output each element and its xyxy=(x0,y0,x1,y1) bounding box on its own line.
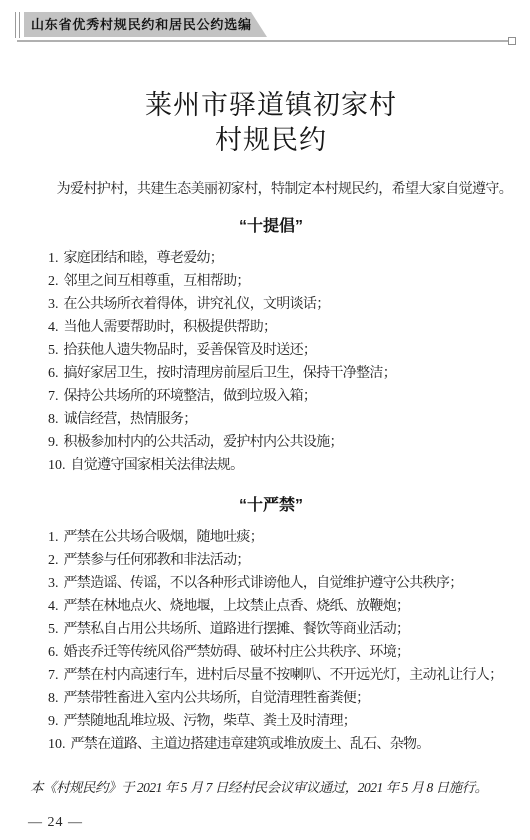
page-number: — 24 — xyxy=(28,815,83,831)
item-text: 家庭团结和睦，尊老爱幼； xyxy=(64,251,224,266)
item-number: 10. xyxy=(48,737,66,752)
item-text: 保持公共场所的环境整洁，做到垃圾入箱； xyxy=(64,389,317,404)
item-number: 7. xyxy=(48,668,59,683)
list-item: 4.严禁在林地点火、烧地堰，上坟禁止点香、烧纸、放鞭炮； xyxy=(48,595,512,618)
list-item: 1.家庭团结和睦，尊老爱幼； xyxy=(48,247,512,270)
advocate-list: 1.家庭团结和睦，尊老爱幼；2.邻里之间互相尊重，互相帮助；3.在公共场所衣着得… xyxy=(30,247,512,477)
item-text: 严禁在村内高速行车，进村后尽量不按喇叭、不开远光灯，主动礼让行人； xyxy=(64,668,503,683)
item-text: 积极参加村内的公共活动，爱护村内公共设施； xyxy=(64,435,343,450)
item-text: 严禁参与任何邪教和非法活动； xyxy=(64,553,250,568)
item-number: 3. xyxy=(48,576,59,591)
item-text: 严禁带牲畜进入室内公共场所，自觉清理牲畜粪便； xyxy=(64,691,370,706)
item-text: 拾获他人遗失物品时，妥善保管及时送还； xyxy=(64,343,317,358)
list-item: 5.严禁私自占用公共场所、道路进行摆摊、餐饮等商业活动； xyxy=(48,618,512,641)
item-text: 自觉遵守国家相关法律法规。 xyxy=(71,458,244,473)
item-text: 在公共场所衣着得体，讲究礼仪，文明谈话； xyxy=(64,297,330,312)
item-number: 2. xyxy=(48,553,59,568)
item-text: 严禁私自占用公共场所、道路进行摆摊、餐饮等商业活动； xyxy=(64,622,410,637)
item-number: 9. xyxy=(48,714,59,729)
item-text: 诚信经营，热情服务； xyxy=(64,412,197,427)
list-item: 9.积极参加村内的公共活动，爱护村内公共设施； xyxy=(48,431,512,454)
list-item: 3.在公共场所衣着得体，讲究礼仪，文明谈话； xyxy=(48,293,512,316)
document-title: 莱州市驿道镇初家村 村规民约 xyxy=(30,88,512,158)
item-number: 10. xyxy=(48,458,66,473)
item-text: 邻里之间互相尊重，互相帮助； xyxy=(64,274,250,289)
list-item: 8.诚信经营，热情服务； xyxy=(48,408,512,431)
item-number: 4. xyxy=(48,599,59,614)
item-text: 严禁随地乱堆垃圾、污物，柴草、粪土及时清理； xyxy=(64,714,357,729)
list-item: 4.当他人需要帮助时，积极提供帮助； xyxy=(48,316,512,339)
section-heading-advocate: “十提倡” xyxy=(30,217,512,237)
item-number: 7. xyxy=(48,389,59,404)
list-item: 7.保持公共场所的环境整洁，做到垃圾入箱； xyxy=(48,385,512,408)
document-body: 莱州市驿道镇初家村 村规民约 为爱村护村，共建生态美丽初家村，特制定本村规民约，… xyxy=(0,88,530,798)
list-item: 8.严禁带牲畜进入室内公共场所，自觉清理牲畜粪便； xyxy=(48,687,512,710)
list-item: 1.严禁在公共场合吸烟，随地吐痰； xyxy=(48,526,512,549)
list-item: 9.严禁随地乱堆垃圾、污物，柴草、粪土及时清理； xyxy=(48,710,512,733)
list-item: 3.严禁造谣、传谣，不以各种形式诽谤他人，自觉维护遵守公共秩序； xyxy=(48,572,512,595)
item-text: 婚丧乔迁等传统风俗严禁妨碍、破坏村庄公共秩序、环境； xyxy=(64,645,410,660)
item-text: 搞好家居卫生，按时清理房前屋后卫生，保持干净整洁； xyxy=(64,366,397,381)
item-number: 6. xyxy=(48,366,59,381)
item-number: 1. xyxy=(48,251,59,266)
item-number: 1. xyxy=(48,530,59,545)
list-item: 10.自觉遵守国家相关法律法规。 xyxy=(48,454,512,477)
forbid-list: 1.严禁在公共场合吸烟，随地吐痰；2.严禁参与任何邪教和非法活动；3.严禁造谣、… xyxy=(30,526,512,756)
item-number: 8. xyxy=(48,691,59,706)
intro-paragraph: 为爱村护村，共建生态美丽初家村，特制定本村规民约，希望大家自觉遵守。 xyxy=(30,180,512,200)
section-heading-forbid: “十严禁” xyxy=(30,496,512,516)
item-number: 9. xyxy=(48,435,59,450)
list-item: 2.严禁参与任何邪教和非法活动； xyxy=(48,549,512,572)
list-item: 10.严禁在道路、主道边搭建违章建筑或堆放废土、乱石、杂物。 xyxy=(48,733,512,756)
item-text: 严禁在道路、主道边搭建违章建筑或堆放废土、乱石、杂物。 xyxy=(71,737,430,752)
item-text: 严禁在公共场合吸烟，随地吐痰； xyxy=(64,530,264,545)
item-text: 当他人需要帮助时，积极提供帮助； xyxy=(64,320,277,335)
book-series-banner: 山东省优秀村规民约和居民公约选编 xyxy=(24,12,267,37)
header-rule xyxy=(17,40,512,42)
list-item: 6.婚丧乔迁等传统风俗严禁妨碍、破坏村庄公共秩序、环境； xyxy=(48,641,512,664)
list-item: 5.拾获他人遗失物品时，妥善保管及时送还； xyxy=(48,339,512,362)
rule-end-square-ornament xyxy=(508,37,516,45)
document-title-line2: 村规民约 xyxy=(30,123,512,158)
list-item: 6.搞好家居卫生，按时清理房前屋后卫生，保持干净整洁； xyxy=(48,362,512,385)
list-item: 7.严禁在村内高速行车，进村后尽量不按喇叭、不开远光灯，主动礼让行人； xyxy=(48,664,512,687)
item-number: 5. xyxy=(48,622,59,637)
adoption-footnote: 本《村规民约》于 2021 年 5 月 7 日经村民会议审议通过，2021 年 … xyxy=(30,778,512,798)
item-number: 6. xyxy=(48,645,59,660)
item-number: 3. xyxy=(48,297,59,312)
double-rule-ornament xyxy=(15,12,20,38)
item-text: 严禁在林地点火、烧地堰，上坟禁止点香、烧纸、放鞭炮； xyxy=(64,599,410,614)
item-number: 5. xyxy=(48,343,59,358)
item-number: 2. xyxy=(48,274,59,289)
list-item: 2.邻里之间互相尊重，互相帮助； xyxy=(48,270,512,293)
item-number: 4. xyxy=(48,320,59,335)
document-title-line1: 莱州市驿道镇初家村 xyxy=(30,88,512,123)
item-number: 8. xyxy=(48,412,59,427)
item-text: 严禁造谣、传谣，不以各种形式诽谤他人，自觉维护遵守公共秩序； xyxy=(64,576,463,591)
book-series-title: 山东省优秀村规民约和居民公约选编 xyxy=(31,17,252,32)
running-head: 山东省优秀村规民约和居民公约选编 xyxy=(0,0,530,42)
